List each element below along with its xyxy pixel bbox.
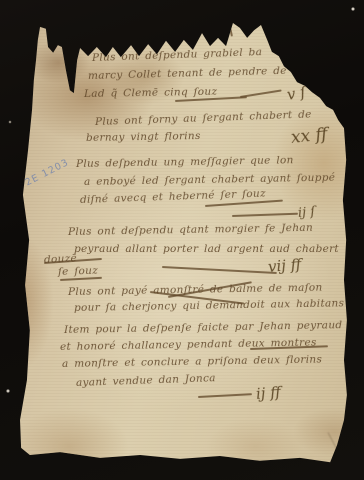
ink-stroke (218, 18, 254, 22)
manuscript-line: et honoré challancey pendant deux montre… (60, 337, 317, 353)
manuscript-line: Plus ont forny au ſergant chabert de (95, 108, 312, 128)
manuscript-line: Plus ont payé amonſtré de balme de maſon (68, 282, 323, 298)
ink-stroke (227, 17, 233, 37)
amount-notation: v ſ (285, 83, 307, 104)
manuscript-line: a enboyé led ſergant chabert ayant ſoupp… (84, 172, 335, 188)
manuscript-line: peyraud allant porter lad argent aud cha… (74, 243, 339, 255)
manuscript-line: marcy Collet tenant de pendre de (88, 65, 287, 82)
photo-background: Plus ont deſpendu grabiel ba marcy Colle… (0, 0, 364, 480)
ink-stroke (240, 89, 282, 97)
manuscript-paper: Plus ont deſpendu grabiel ba marcy Colle… (0, 0, 364, 480)
manuscript-line: bernay vingt florins (86, 130, 201, 144)
archive-reference-mark: 2E 1203 (24, 157, 71, 188)
manuscript-line: Plus ont deſpendu qtant morgier fe Jehan (68, 222, 313, 238)
amount-notation: ij ſ (297, 205, 315, 221)
manuscript-line: a monſtre et conclure a priſona deux flo… (62, 353, 322, 370)
amount-notation: ij ff (255, 383, 281, 403)
manuscript-line: Plus ont deſpendu grabiel ba (92, 46, 263, 64)
ink-stroke (232, 213, 298, 218)
manuscript-line: ſe ſouz (58, 265, 98, 278)
ink-stroke (198, 393, 252, 397)
manuscript-line: ayant vendue dan Jonca (76, 372, 216, 389)
manuscript-line: Plus deſpendu ung meſſagier que lon (76, 154, 294, 170)
ink-stroke (162, 266, 277, 274)
amount-notation: xx ff (290, 124, 329, 148)
manuscript-line: Item pour la deſpenſe faicte par Jehan p… (64, 319, 343, 336)
paper-crease (328, 432, 348, 468)
